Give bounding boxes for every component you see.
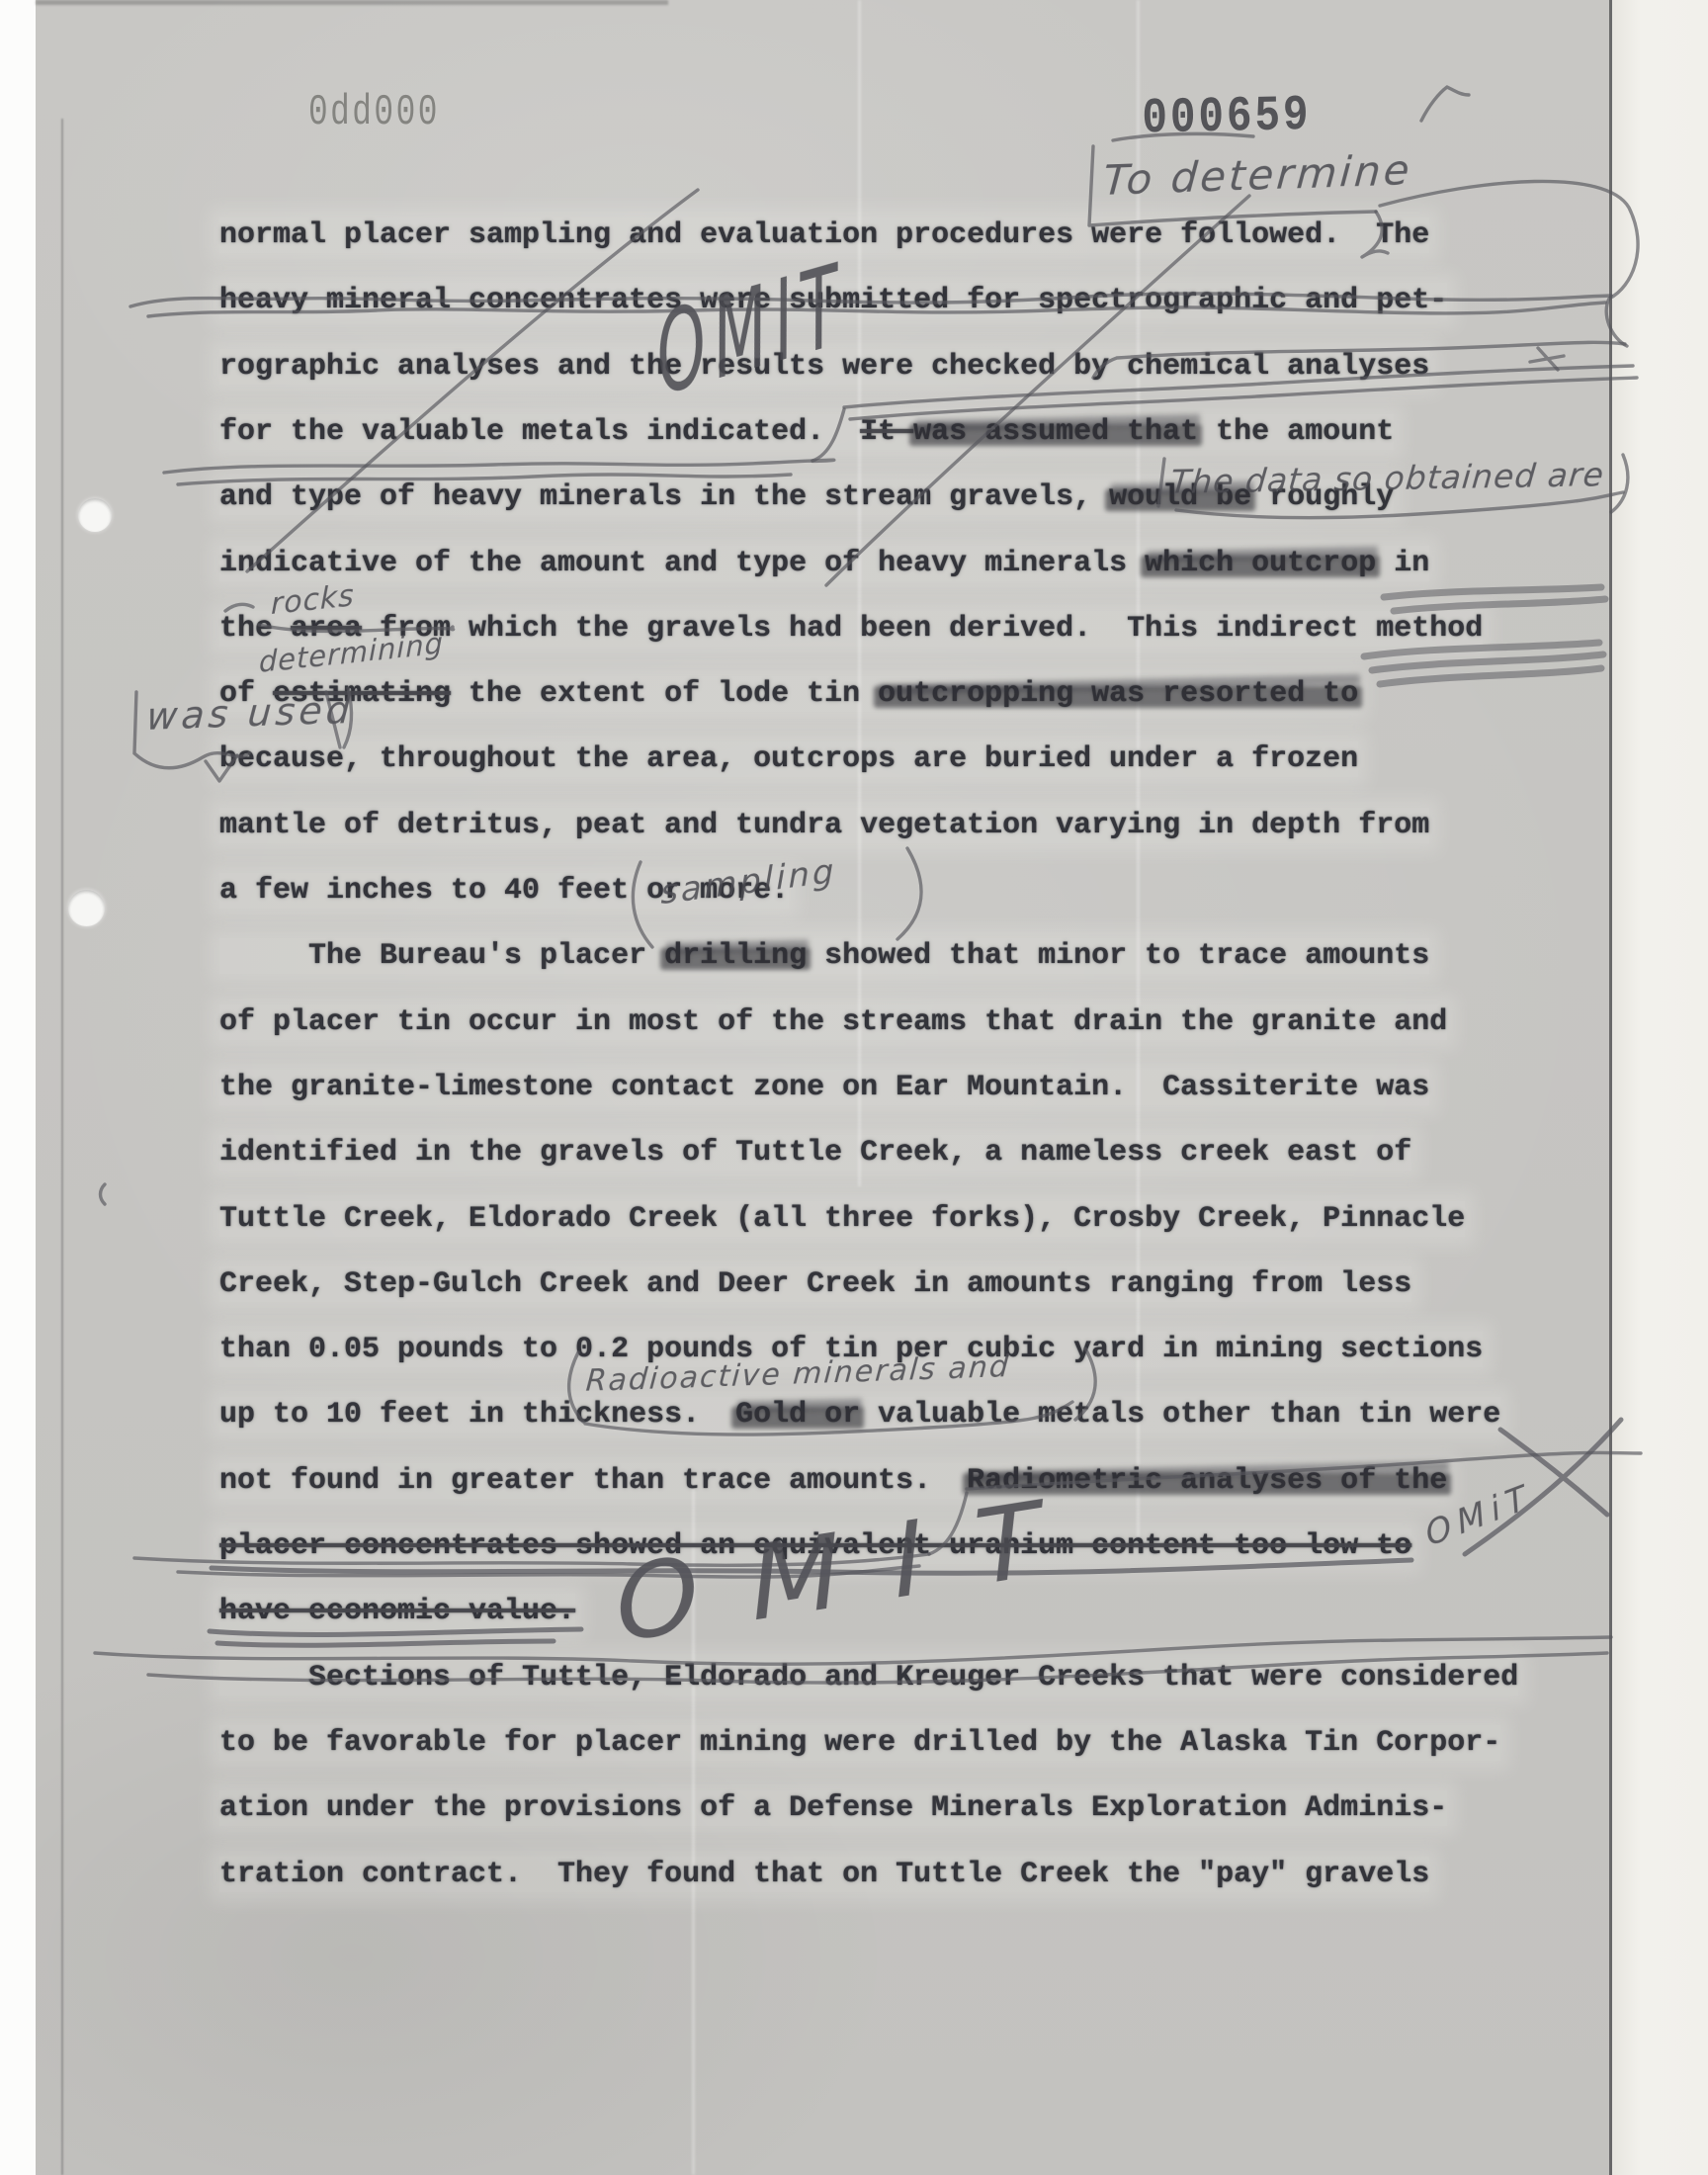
pencil-loop-right [1380, 181, 1638, 346]
pencil-step-up [812, 409, 844, 461]
pencil-data-tail [1611, 455, 1628, 512]
pencil-scribble-line8-margin [1364, 643, 1603, 684]
pencil-radio-left-paren [569, 1352, 583, 1422]
pencil-small-cross [1530, 348, 1564, 370]
pencil-data-underline [1176, 492, 1623, 518]
pencil-radio-underline [585, 1402, 1072, 1435]
pencil-sampling-left-slash [633, 862, 652, 947]
pencil-wasused-vee [206, 755, 237, 781]
pencil-sampling-right-paren [897, 848, 921, 939]
pencil-rocks-underline [259, 625, 454, 632]
pencil-check-mark [1421, 87, 1469, 121]
scanned-document: 0dd000 000659 normal placer sampling and… [0, 0, 1708, 2175]
pencil-omit-slash-1 [247, 190, 698, 571]
pencil-underline-line1-double [148, 303, 1605, 316]
pencil-small-c-mark [101, 1184, 106, 1204]
pencil-underline-line20 [134, 1554, 929, 1565]
pencil-omit-slash-2 [826, 196, 1249, 585]
pencil-underline-line1 [130, 294, 1611, 306]
pencil-underline-line4-double [178, 475, 791, 484]
pencil-x-mark [1465, 1420, 1621, 1554]
pencil-data-bracket [1158, 459, 1164, 506]
pencil-radio-right-paren [1075, 1348, 1095, 1420]
pencil-step-line20 [929, 1493, 967, 1554]
pencil-scribble-line6-margin [1384, 587, 1605, 611]
pencil-underline-line4 [164, 460, 834, 473]
pencil-over-struck-phrase [844, 366, 1633, 407]
pencil-rocks-premark [225, 604, 253, 611]
pencil-wasused-left [134, 692, 249, 768]
pencil-insert-connector [1362, 212, 1388, 257]
pencil-marks-overlay [0, 0, 1708, 2175]
pencil-strike-line22 [210, 1629, 581, 1645]
pencil-wasused-right [326, 688, 351, 747]
